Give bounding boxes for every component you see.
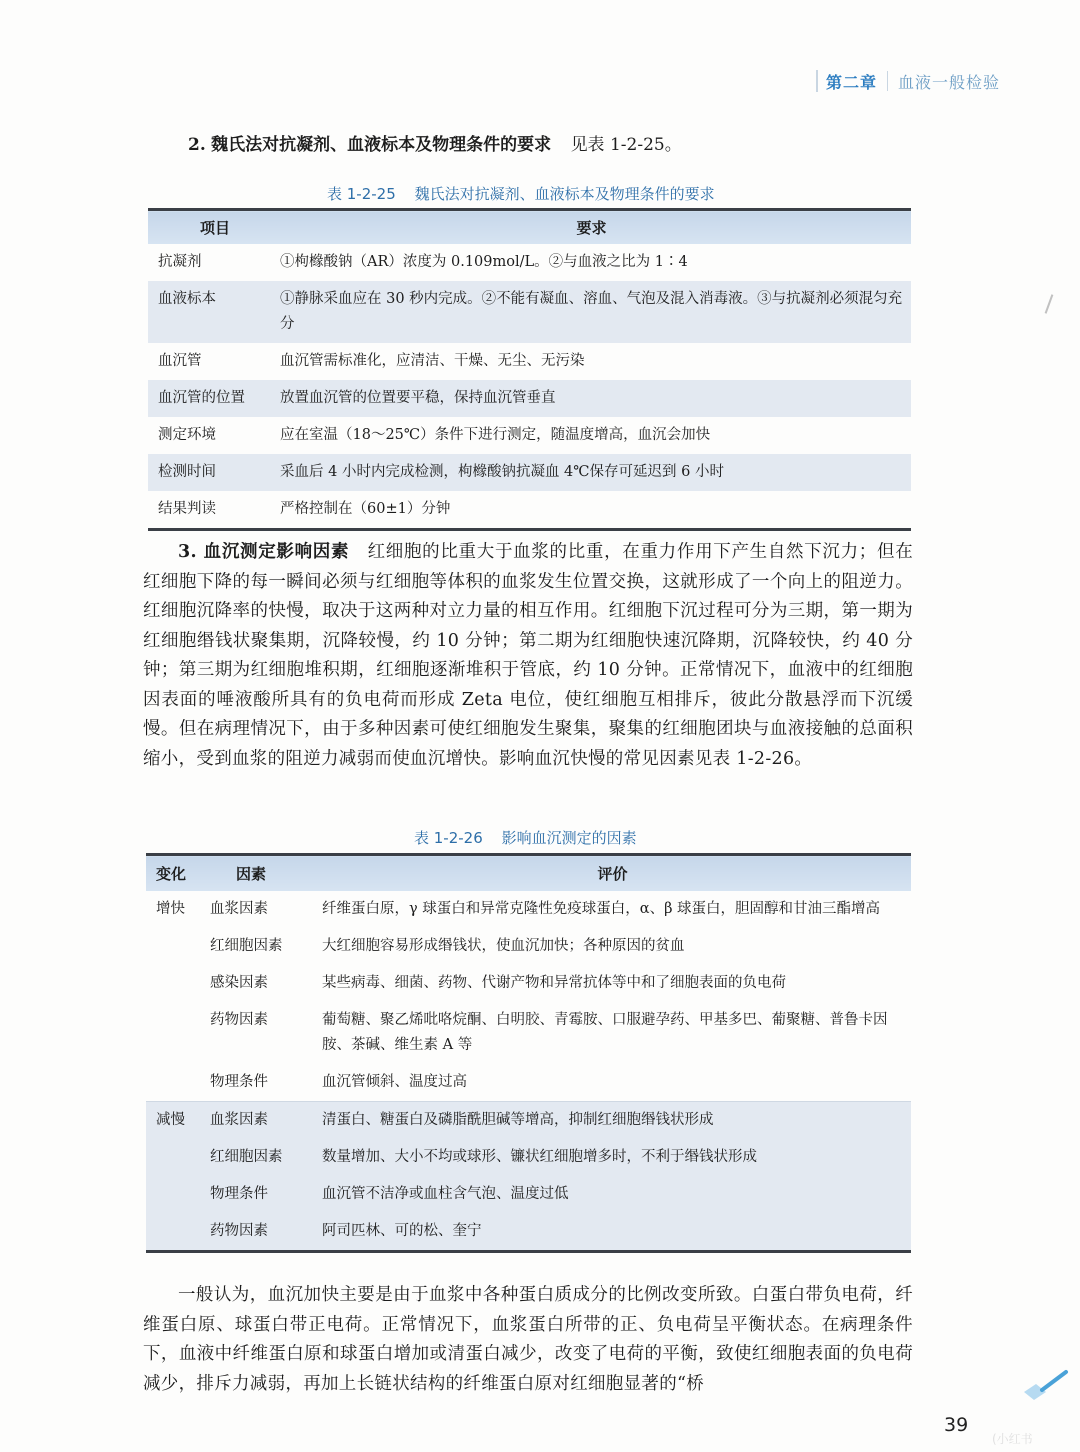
caption-number: 表 1-2-26 (414, 829, 483, 847)
evaluation: 数量增加、大小不均或球形、镰状红细胞增多时，不利于缗钱状形成 (314, 1139, 911, 1176)
row-item: 抗凝剂 (148, 244, 272, 281)
caption-title: 魏氏法对抗凝剂、血液标本及物理条件的要求 (415, 185, 715, 203)
pen-icon (1022, 1368, 1072, 1404)
table-row: 抗凝剂 ①枸橼酸钠（AR）浓度为 0.109mol/L。②与血液之比为 1∶4 (148, 244, 911, 281)
row-item: 结果判读 (148, 491, 272, 530)
table-row: 物理条件 血沉管不洁净或血柱含气泡、温度过低 (146, 1176, 911, 1213)
section-title: 魏氏法对抗凝剂、血液标本及物理条件的要求 (211, 135, 551, 155)
page-number: 39 (944, 1414, 968, 1436)
empty-cell (146, 1002, 204, 1064)
factor: 药物因素 (204, 1213, 314, 1252)
table-1-2-26-caption: 表 1-2-26 影响血沉测定的因素 (414, 827, 637, 848)
row-requirement: 放置血沉管的位置要平稳，保持血沉管垂直 (272, 380, 911, 417)
section-3-paragraph: 3. 血沉测定影响因素红细胞的比重大于血浆的比重，在重力作用下产生自然下沉力；但… (143, 538, 913, 774)
table-reference: 见表 1-2-25。 (571, 135, 682, 155)
evaluation: 阿司匹林、可的松、奎宁 (314, 1213, 911, 1252)
factor: 血浆因素 (204, 1101, 314, 1139)
row-requirement: 血沉管需标准化，应清洁、干燥、无尘、无污染 (272, 343, 911, 380)
section-number: 2. (188, 135, 206, 155)
evaluation: 某些病毒、细菌、药物、代谢产物和异常抗体等中和了细胞表面的负电荷 (314, 965, 911, 1002)
table-header-row: 项目 要求 (148, 210, 911, 244)
row-requirement: 应在室温（18～25℃）条件下进行测定，随温度增高，血沉会加快 (272, 417, 911, 454)
row-item: 血液标本 (148, 281, 272, 343)
section-3-body: 红细胞的比重大于血浆的比重，在重力作用下产生自然下沉力；但在红细胞下降的每一瞬间… (143, 542, 913, 769)
table-row: 增快 血浆因素 纤维蛋白原，γ 球蛋白和异常克隆性免疫球蛋白，α、β 球蛋白，胆… (146, 891, 911, 928)
row-item: 测定环境 (148, 417, 272, 454)
table-row: 红细胞因素 大红细胞容易形成缗钱状，使血沉加快；各种原因的贫血 (146, 928, 911, 965)
column-header: 变化 (146, 855, 204, 891)
pencil-mark (1045, 294, 1054, 313)
empty-cell (146, 965, 204, 1002)
evaluation: 纤维蛋白原，γ 球蛋白和异常克隆性免疫球蛋白，α、β 球蛋白，胆固醇和甘油三酯增… (314, 891, 911, 928)
caption-number: 表 1-2-25 (327, 185, 396, 203)
divider (816, 70, 818, 92)
chapter-title: 血液一般检验 (898, 70, 1000, 93)
table-row: 测定环境 应在室温（18～25℃）条件下进行测定，随温度增高，血沉会加快 (148, 417, 911, 454)
table-1-2-25: 项目 要求 抗凝剂 ①枸橼酸钠（AR）浓度为 0.109mol/L。②与血液之比… (148, 208, 911, 531)
factor: 物理条件 (204, 1064, 314, 1102)
empty-cell (146, 1213, 204, 1252)
row-item: 血沉管 (148, 343, 272, 380)
increase-group: 增快 血浆因素 纤维蛋白原，γ 球蛋白和异常克隆性免疫球蛋白，α、β 球蛋白，胆… (146, 891, 911, 1102)
table-row: 检测时间 采血后 4 小时内完成检测，枸橼酸钠抗凝血 4℃保存可延迟到 6 小时 (148, 454, 911, 491)
table-row: 减慢 血浆因素 清蛋白、糖蛋白及磷脂酰胆碱等增高，抑制红细胞缗钱状形成 (146, 1101, 911, 1139)
row-requirement: ①枸橼酸钠（AR）浓度为 0.109mol/L。②与血液之比为 1∶4 (272, 244, 911, 281)
factor: 物理条件 (204, 1176, 314, 1213)
evaluation: 血沉管倾斜、温度过高 (314, 1064, 911, 1102)
evaluation: 大红细胞容易形成缗钱状，使血沉加快；各种原因的贫血 (314, 928, 911, 965)
table-row: 血液标本 ①静脉采血应在 30 秒内完成。②不能有凝血、溶血、气泡及混入消毒液。… (148, 281, 911, 343)
evaluation: 血沉管不洁净或血柱含气泡、温度过低 (314, 1176, 911, 1213)
change-label: 减慢 (146, 1101, 204, 1139)
row-item: 检测时间 (148, 454, 272, 491)
row-requirement: 采血后 4 小时内完成检测，枸橼酸钠抗凝血 4℃保存可延迟到 6 小时 (272, 454, 911, 491)
empty-cell (146, 928, 204, 965)
empty-cell (146, 1139, 204, 1176)
table-row: 血沉管的位置 放置血沉管的位置要平稳，保持血沉管垂直 (148, 380, 911, 417)
evaluation: 清蛋白、糖蛋白及磷脂酰胆碱等增高，抑制红细胞缗钱状形成 (314, 1101, 911, 1139)
column-header: 要求 (272, 210, 911, 244)
column-header: 因素 (204, 855, 314, 891)
table-row: 物理条件 血沉管倾斜、温度过高 (146, 1064, 911, 1102)
chapter-label: 第二章 (826, 70, 877, 93)
table-row: 感染因素 某些病毒、细菌、药物、代谢产物和异常抗体等中和了细胞表面的负电荷 (146, 965, 911, 1002)
empty-cell (146, 1176, 204, 1213)
factor: 药物因素 (204, 1002, 314, 1064)
table-row: 药物因素 葡萄糖、聚乙烯吡咯烷酮、白明胶、青霉胺、口服避孕药、甲基多巴、葡聚糖、… (146, 1002, 911, 1064)
evaluation: 葡萄糖、聚乙烯吡咯烷酮、白明胶、青霉胺、口服避孕药、甲基多巴、葡聚糖、普鲁卡因胺… (314, 1002, 911, 1064)
section-3-heading: 3. 血沉测定影响因素 (178, 542, 349, 562)
empty-cell (146, 1064, 204, 1102)
factor: 红细胞因素 (204, 1139, 314, 1176)
table-1-2-25-caption: 表 1-2-25 魏氏法对抗凝剂、血液标本及物理条件的要求 (327, 183, 715, 204)
factor: 红细胞因素 (204, 928, 314, 965)
table-row: 药物因素 阿司匹林、可的松、奎宁 (146, 1213, 911, 1252)
table-row: 红细胞因素 数量增加、大小不均或球形、镰状红细胞增多时，不利于缗钱状形成 (146, 1139, 911, 1176)
section-2-heading: 2. 魏氏法对抗凝剂、血液标本及物理条件的要求 见表 1-2-25。 (188, 130, 682, 155)
running-head: 第二章 血液一般检验 (816, 66, 1000, 96)
table-row: 结果判读 严格控制在（60±1）分钟 (148, 491, 911, 530)
column-header: 项目 (148, 210, 272, 244)
caption-title: 影响血沉测定的因素 (502, 829, 637, 847)
watermark: (小红书 (992, 1430, 1033, 1447)
table-row: 血沉管 血沉管需标准化，应清洁、干燥、无尘、无污染 (148, 343, 911, 380)
row-requirement: 严格控制在（60±1）分钟 (272, 491, 911, 530)
row-requirement: ①静脉采血应在 30 秒内完成。②不能有凝血、溶血、气泡及混入消毒液。③与抗凝剂… (272, 281, 911, 343)
table-header-row: 变化 因素 评价 (146, 855, 911, 891)
column-header: 评价 (314, 855, 911, 891)
factor: 感染因素 (204, 965, 314, 1002)
closing-paragraph: 一般认为，血沉加快主要是由于血浆中各种蛋白质成分的比例改变所致。白蛋白带负电荷，… (143, 1281, 913, 1399)
decrease-group: 减慢 血浆因素 清蛋白、糖蛋白及磷脂酰胆碱等增高，抑制红细胞缗钱状形成 红细胞因… (146, 1101, 911, 1251)
factor: 血浆因素 (204, 891, 314, 928)
row-item: 血沉管的位置 (148, 380, 272, 417)
table-1-2-26: 变化 因素 评价 增快 血浆因素 纤维蛋白原，γ 球蛋白和异常克隆性免疫球蛋白，… (146, 853, 911, 1253)
change-label: 增快 (146, 891, 204, 928)
divider (887, 71, 888, 91)
